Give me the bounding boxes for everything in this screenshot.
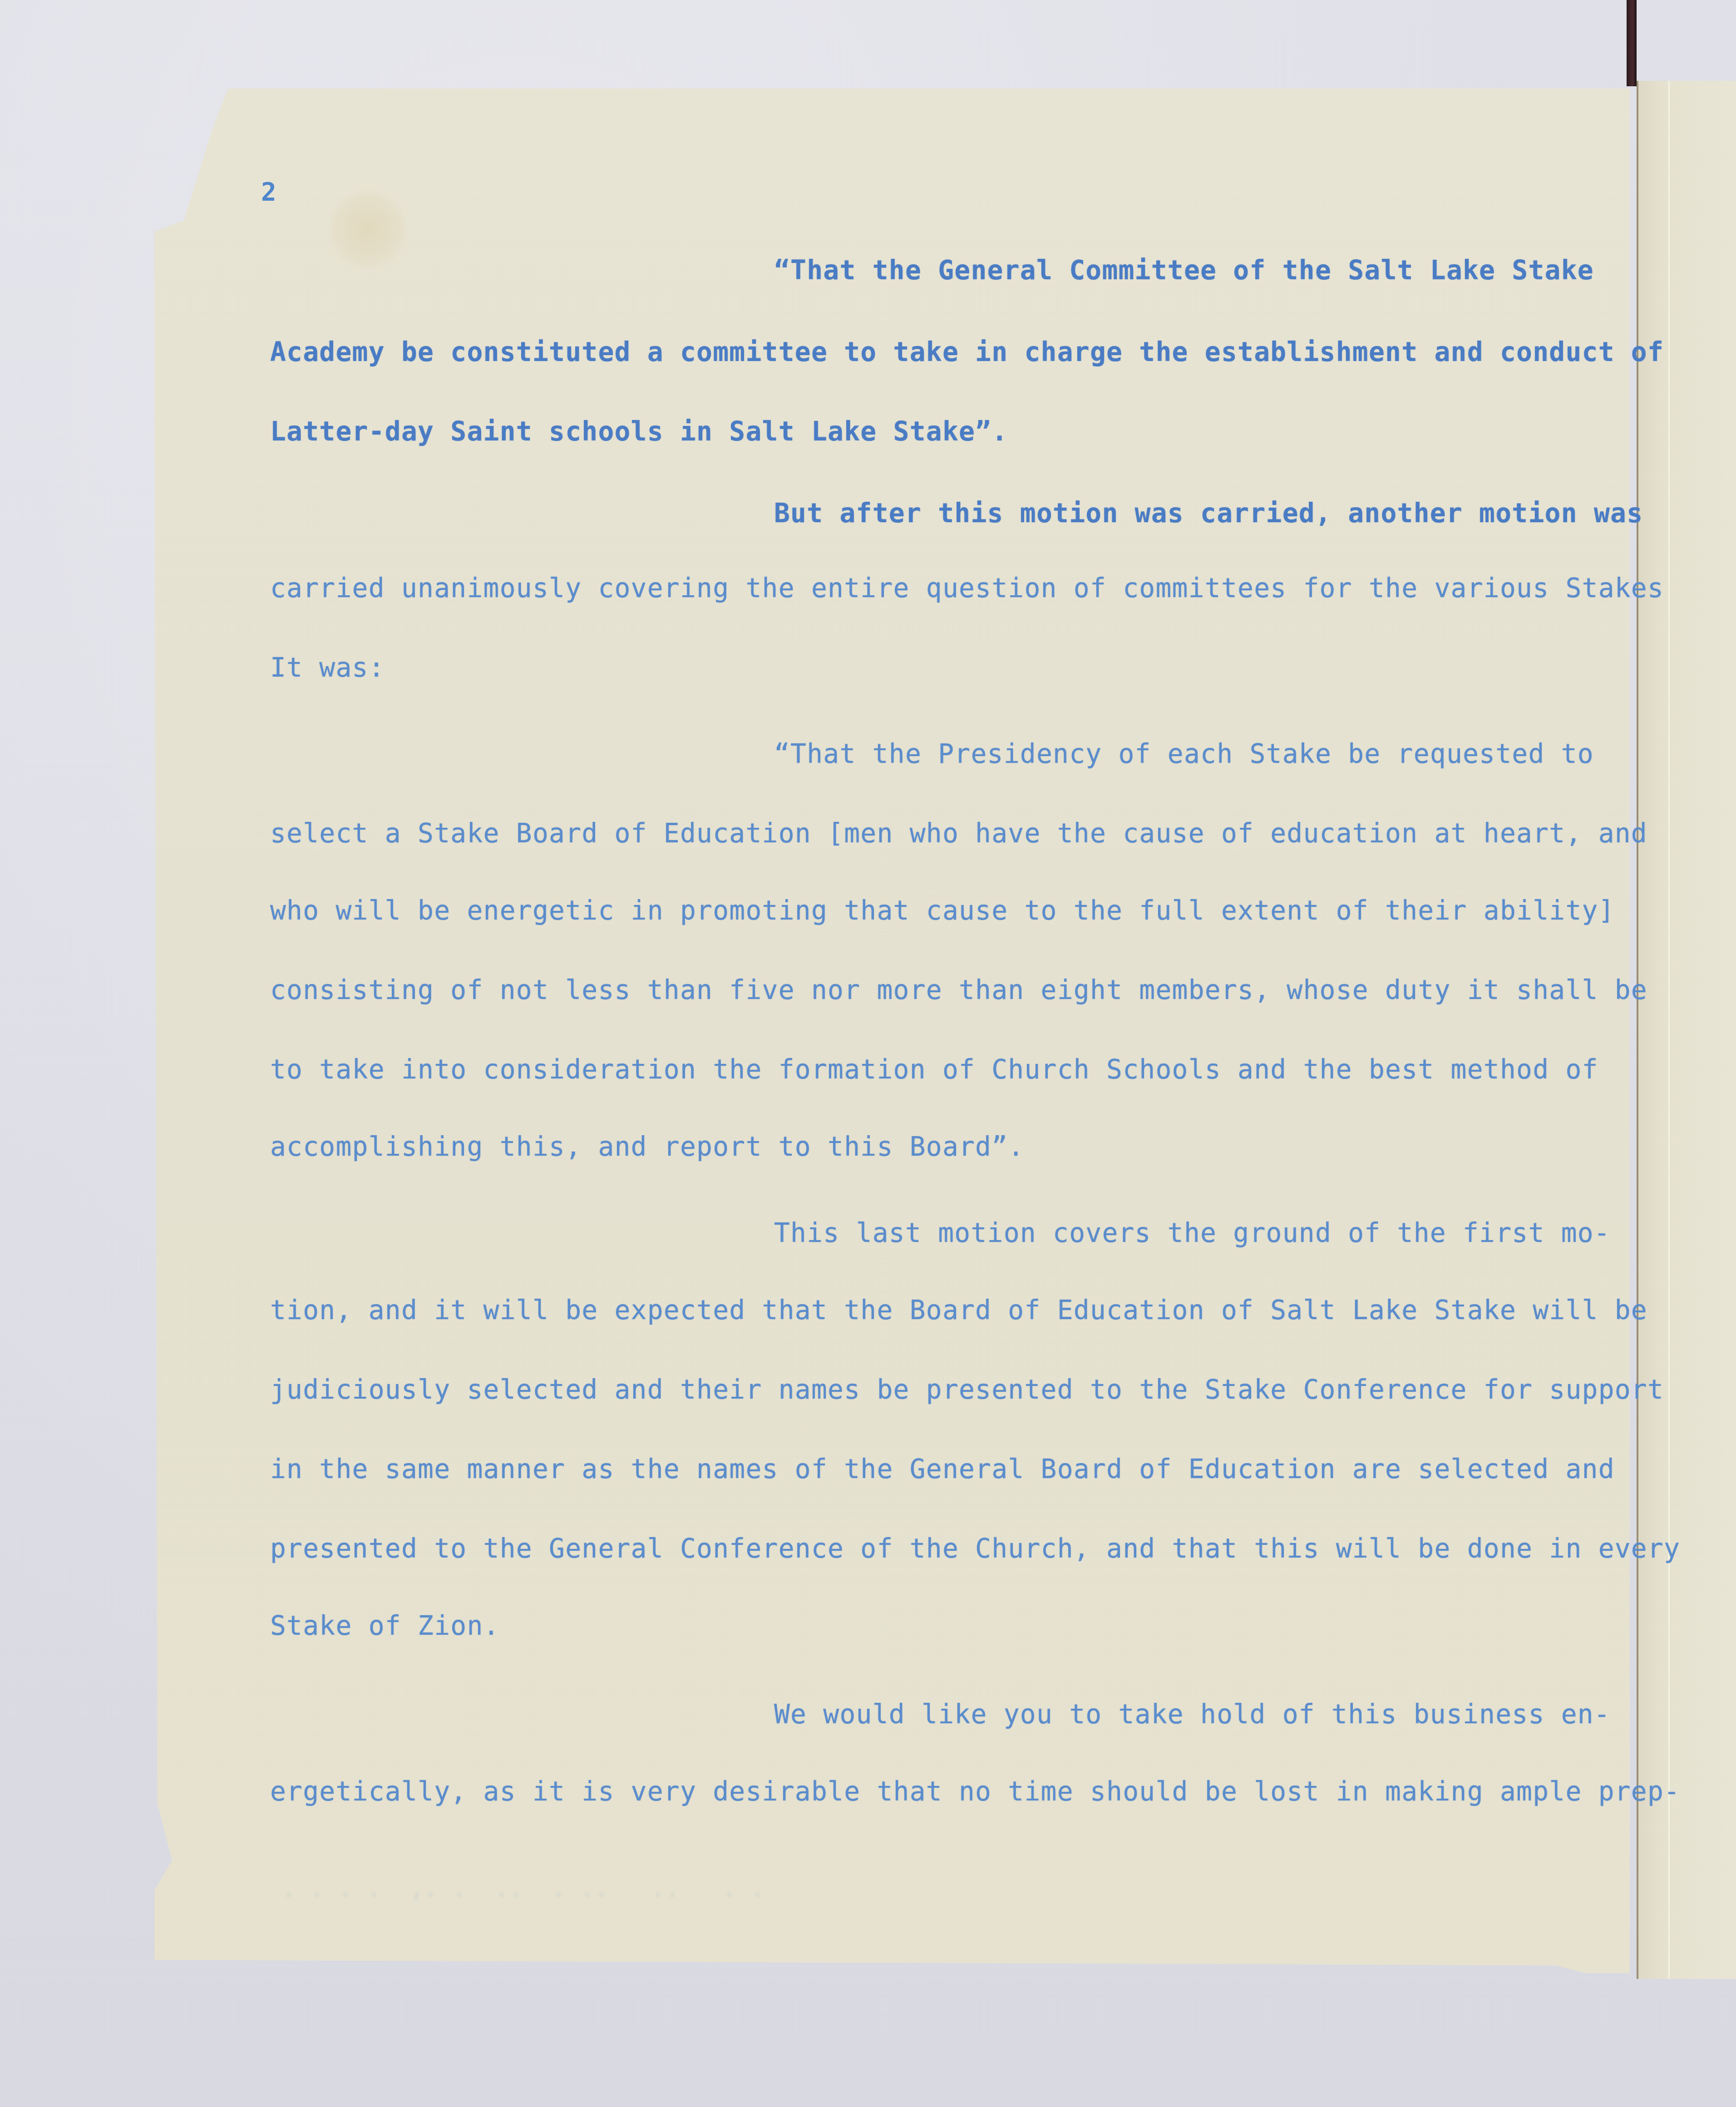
text-line: consisting of not less than five nor mor…: [270, 976, 1647, 1004]
text-line: to take into consideration the formation…: [270, 1056, 1598, 1083]
page-crease: [1668, 81, 1670, 1979]
text-line: judiciously selected and their names be …: [270, 1376, 1664, 1403]
text-line: presented to the General Conference of t…: [270, 1535, 1680, 1562]
text-line: who will be energetic in promoting that …: [270, 897, 1615, 924]
page-number: 2: [261, 177, 276, 207]
text-line: This last motion covers the ground of th…: [774, 1219, 1610, 1246]
text-line: Stake of Zion.: [270, 1612, 500, 1639]
text-line: Latter-day Saint schools in Salt Lake St…: [270, 418, 1008, 445]
text-line: But after this motion was carried, anoth…: [774, 500, 1643, 527]
text-line: select a Stake Board of Education [men w…: [270, 820, 1647, 847]
text-line: accomplishing this, and report to this B…: [270, 1133, 1024, 1160]
text-line: It was:: [270, 654, 385, 681]
text-line: ergetically, as it is very desirable tha…: [270, 1778, 1680, 1805]
text-line: “That the General Committee of the Salt …: [774, 257, 1594, 284]
text-line: “That the Presidency of each Stake be re…: [774, 740, 1594, 767]
text-line: Academy be constituted a committee to ta…: [270, 338, 1664, 366]
text-line: tion, and it will be expected that the B…: [270, 1296, 1647, 1324]
binding-gap: [1627, 0, 1637, 86]
text-line: carried unanimously covering the entire …: [270, 574, 1664, 602]
ink-bleed-through: . . . . ,. . .. . .. .. . .: [281, 1875, 764, 1903]
text-line: in the same manner as the names of the G…: [270, 1455, 1615, 1483]
text-line: We would like you to take hold of this b…: [774, 1701, 1610, 1728]
document-sheet: [154, 89, 1630, 1973]
